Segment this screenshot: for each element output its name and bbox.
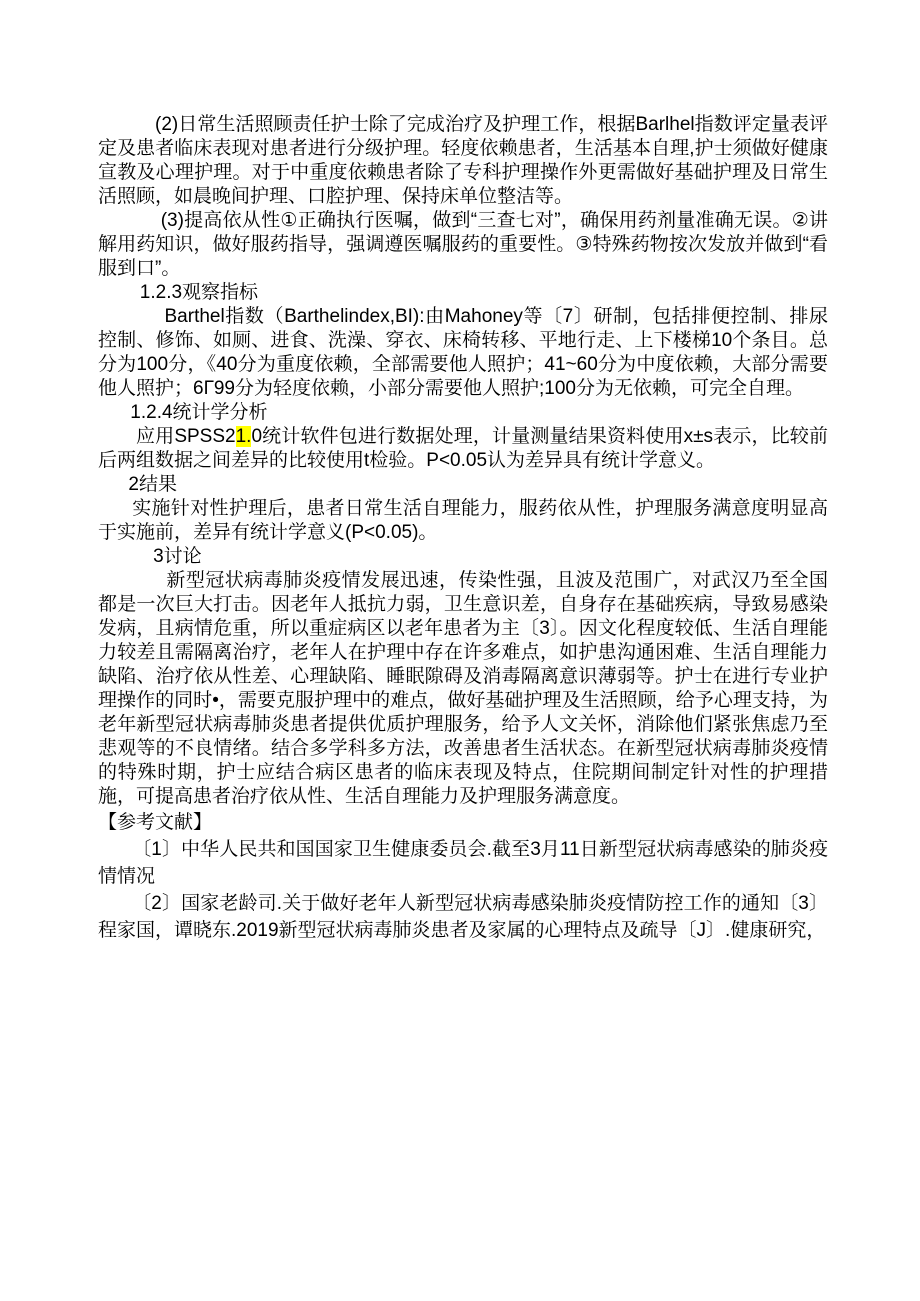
heading-discussion: 3讨论 [98, 545, 828, 569]
paragraph-discussion: 新型冠状病毒肺炎疫情发展迅速，传染性强，且波及范围广，对武汉乃至全国都是一次巨大… [98, 569, 828, 809]
paragraph-barthel-index: Barthel指数（Barthelindex,BI):由Mahoney等〔7〕研… [98, 305, 828, 401]
reference-item-1: 〔1〕中华人民共和国国家卫生健康委员会.截至3月11日新型冠状病毒感染的肺炎疫情… [98, 836, 828, 890]
references-section: 【参考文献】 〔1〕中华人民共和国国家卫生健康委员会.截至3月11日新型冠状病毒… [98, 809, 828, 944]
heading-results: 2结果 [98, 473, 828, 497]
paragraph-medication-compliance: (3)提高依从性①正确执行医嘱，做到“三查七对”，确保用药剂量准确无误。②讲解用… [98, 209, 828, 281]
paragraph-results: 实施针对性护理后，患者日常生活自理能力，服药依从性，护理服务满意度明显高于实施前… [98, 497, 828, 545]
paragraph-spss: 应用SPSS21.0统计软件包进行数据处理，计量测量结果资料使用x±s表示，比较… [98, 425, 828, 473]
heading-statistical-analysis: 1.2.4统计学分析 [98, 401, 828, 425]
heading-observation-indicators: 1.2.3观察指标 [98, 281, 828, 305]
document-page: (2)日常生活照顾责任护士除了完成治疗及护理工作，根据Barlhel指数评定量表… [0, 0, 920, 1301]
spss-text-before-highlight: 应用SPSS2 [136, 426, 236, 447]
highlighted-text: 1. [236, 426, 252, 447]
paragraph-daily-care: (2)日常生活照顾责任护士除了完成治疗及护理工作，根据Barlhel指数评定量表… [98, 113, 828, 209]
reference-item-2: 〔2〕国家老龄司.关于做好老年人新型冠状病毒感染肺炎疫情防控工作的通知〔3〕程家… [98, 890, 828, 944]
references-heading: 【参考文献】 [98, 809, 828, 836]
